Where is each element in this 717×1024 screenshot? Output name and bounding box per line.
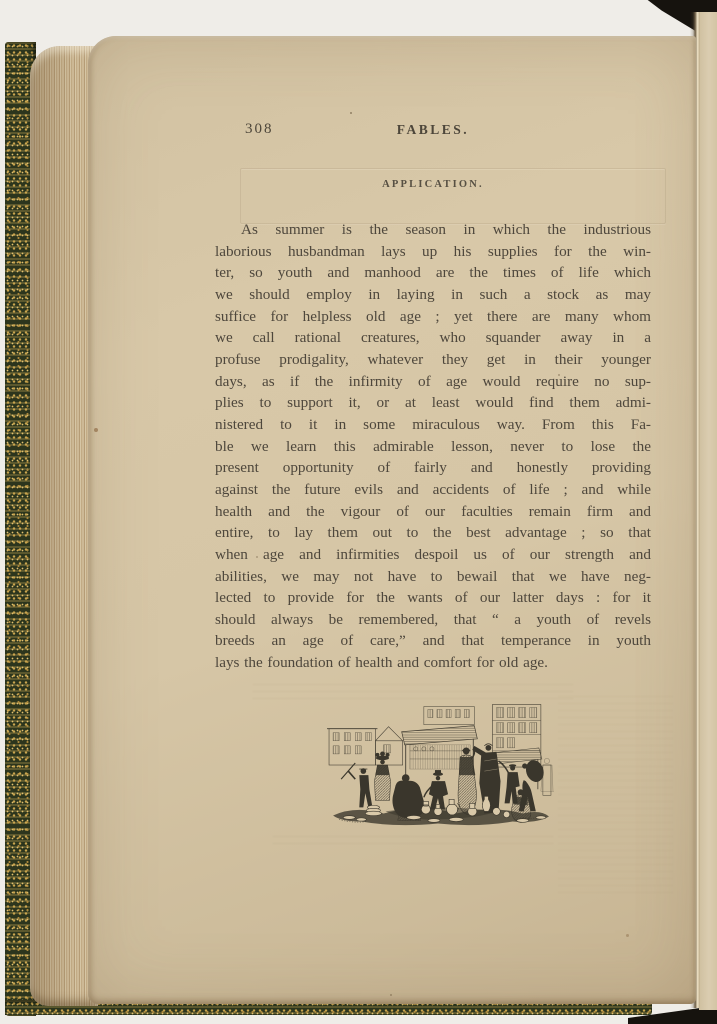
plate-impression — [240, 168, 666, 224]
illustration-container — [325, 698, 555, 828]
ink-show-through — [253, 684, 573, 699]
text-line: we call rational creatures, who squander… — [215, 327, 651, 349]
text-line: profuse prodigality, whatever they get i… — [215, 349, 651, 371]
text-line: lected to provide for the wants of our l… — [215, 587, 651, 609]
text-line: plies to support it, or at least would f… — [215, 392, 651, 414]
facing-page-edge — [699, 12, 717, 1010]
text-line: ter, so youth and manhood are the times … — [215, 262, 651, 284]
section-heading: APPLICATION. — [215, 179, 651, 190]
text-line: nistered to it in some miraculous way. F… — [215, 414, 651, 436]
page-header: 308 FABLES. — [215, 120, 651, 142]
text-line: against the future evils and accidents o… — [215, 479, 651, 501]
body-paragraph: As summer is the season in which the ind… — [215, 219, 651, 674]
text-line: laborious husbandman lays up his supplie… — [215, 241, 651, 263]
foxing-spot — [390, 994, 392, 996]
foxing-spot — [626, 934, 629, 937]
ink-show-through — [558, 696, 673, 896]
text-line: entire, to lay them out to the best adva… — [215, 522, 651, 544]
text-line: days, as if the infirmity of age would r… — [215, 371, 651, 393]
text-line: we should employ in laying in such a sto… — [215, 284, 651, 306]
text-line: present opportunity of fairly and honest… — [215, 457, 651, 479]
foxing-spot — [558, 374, 560, 376]
text-line: ble we learn this admirable lesson, neve… — [215, 436, 651, 458]
street-market-engraving — [325, 698, 555, 828]
text-line: As summer is the season in which the ind… — [215, 219, 651, 241]
text-line: should always be remembered, that “ a yo… — [215, 609, 651, 631]
ink-show-through — [273, 836, 553, 850]
running-header: FABLES. — [215, 122, 651, 138]
foxing-spot — [350, 112, 352, 114]
text-line: when age and infirmities despoil us of o… — [215, 544, 651, 566]
foxing-spot — [256, 556, 258, 558]
text-line: health and the vigour of our faculties r… — [215, 501, 651, 523]
text-line: breeds an age of care,” and that tempera… — [215, 630, 651, 652]
foxing-spot — [94, 428, 98, 432]
book-scan: { "page": { "number": "308", "running_he… — [0, 0, 717, 1024]
text-line: abilities, we may not have to bewail tha… — [215, 566, 651, 588]
book-page: 308 FABLES. APPLICATION. As summer is th… — [88, 36, 696, 1004]
text-line: suffice for helpless old age ; yet there… — [215, 306, 651, 328]
text-line: lays the foundation of health and comfor… — [215, 652, 651, 674]
